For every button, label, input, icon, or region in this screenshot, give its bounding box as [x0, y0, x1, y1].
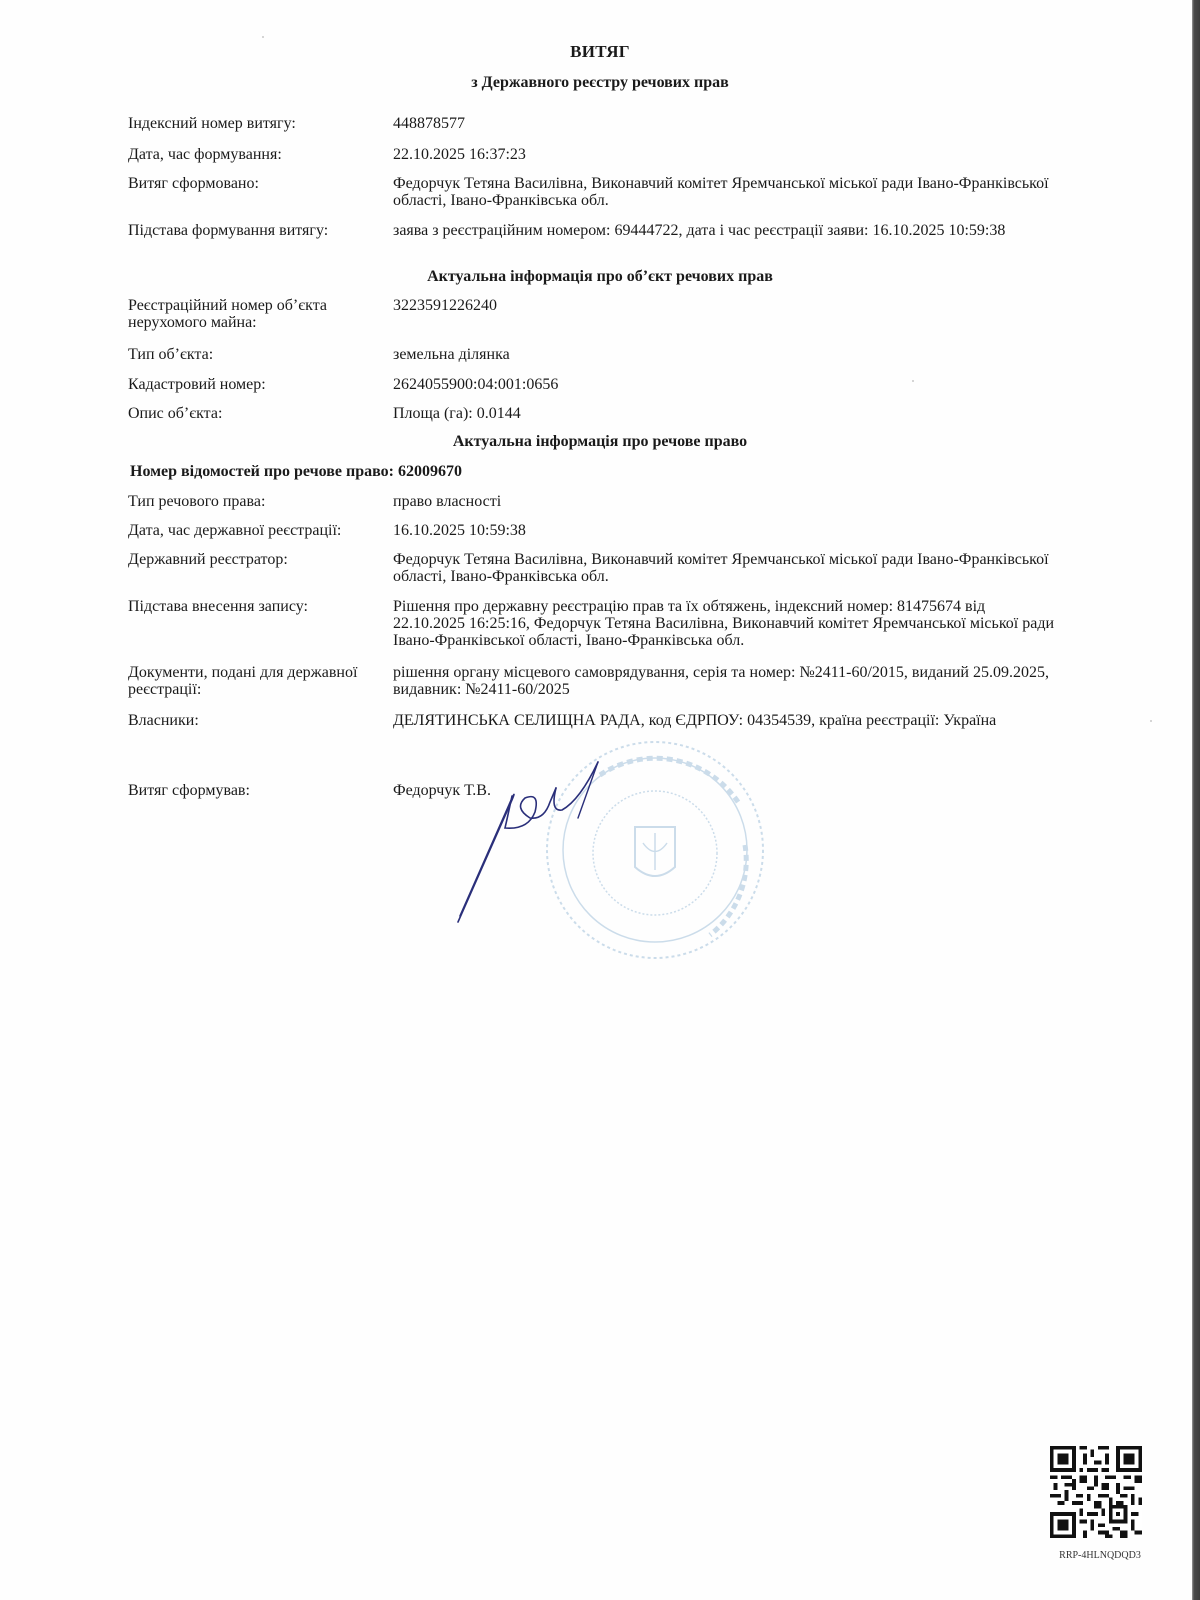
- field-value: ДЕЛЯТИНСЬКА СЕЛИЩНА РАДА, код ЄДРПОУ: 04…: [393, 712, 1058, 729]
- scan-edge-border: [1192, 0, 1200, 1600]
- document-subtitle: з Державного реєстру речових прав: [0, 74, 1200, 92]
- field-value: 448878577: [393, 115, 1058, 132]
- field-value: Рішення про державну реєстрацію прав та …: [393, 598, 1058, 649]
- field-value: 2624055900:04:001:0656: [393, 376, 1058, 393]
- document-title: ВИТЯГ: [0, 42, 1200, 62]
- field-label: Індексний номер витягу:: [128, 115, 388, 132]
- field-label: Тип об’єкта:: [128, 346, 388, 363]
- field-value: Федорчук Тетяна Василівна, Виконавчий ко…: [393, 551, 1058, 585]
- field-label: Кадастровий номер:: [128, 376, 388, 393]
- field-label: Опис об’єкта:: [128, 405, 388, 422]
- signature-icon: [450, 740, 650, 940]
- field-value: рішення органу місцевого самоврядування,…: [393, 664, 1058, 698]
- field-label: Витяг сформував:: [128, 782, 388, 799]
- right-record-number: Номер відомостей про речове право: 62009…: [130, 463, 462, 481]
- document-page: ВИТЯГ з Державного реєстру речових прав …: [0, 0, 1192, 1600]
- field-label: Реєстраційний номер об’єкта нерухомого м…: [128, 297, 388, 331]
- field-value: Федорчук Тетяна Василівна, Виконавчий ко…: [393, 175, 1058, 209]
- field-label: Дата, час формування:: [128, 146, 388, 163]
- field-label: Витяг сформовано:: [128, 175, 388, 192]
- field-label: Власники:: [128, 712, 388, 729]
- field-label: Підстава внесення запису:: [128, 598, 388, 615]
- field-value: Площа (га): 0.0144: [393, 405, 1058, 422]
- qr-code-icon: [1050, 1446, 1142, 1538]
- field-value: земельна ділянка: [393, 346, 1058, 363]
- field-label: Тип речового права:: [128, 493, 388, 510]
- scan-speck: [912, 380, 914, 382]
- field-label: Документи, подані для державної реєстрац…: [128, 664, 388, 698]
- field-label: Державний реєстратор:: [128, 551, 388, 568]
- field-value: право власності: [393, 493, 1058, 510]
- section-heading-right: Актуальна інформація про речове право: [0, 433, 1200, 451]
- field-value: 3223591226240: [393, 297, 1058, 314]
- field-label: Дата, час державної реєстрації:: [128, 522, 388, 539]
- field-value: заява з реєстраційним номером: 69444722,…: [393, 222, 1058, 239]
- section-heading-object: Актуальна інформація про об’єкт речових …: [0, 268, 1200, 286]
- field-label: Підстава формування витягу:: [128, 222, 388, 239]
- field-value: 16.10.2025 10:59:38: [393, 522, 1058, 539]
- scan-speck: [1150, 720, 1152, 722]
- field-value: 22.10.2025 16:37:23: [393, 146, 1058, 163]
- qr-code-id: RRP-4HLNQDQD3: [1020, 1550, 1180, 1561]
- scan-speck: [262, 36, 264, 38]
